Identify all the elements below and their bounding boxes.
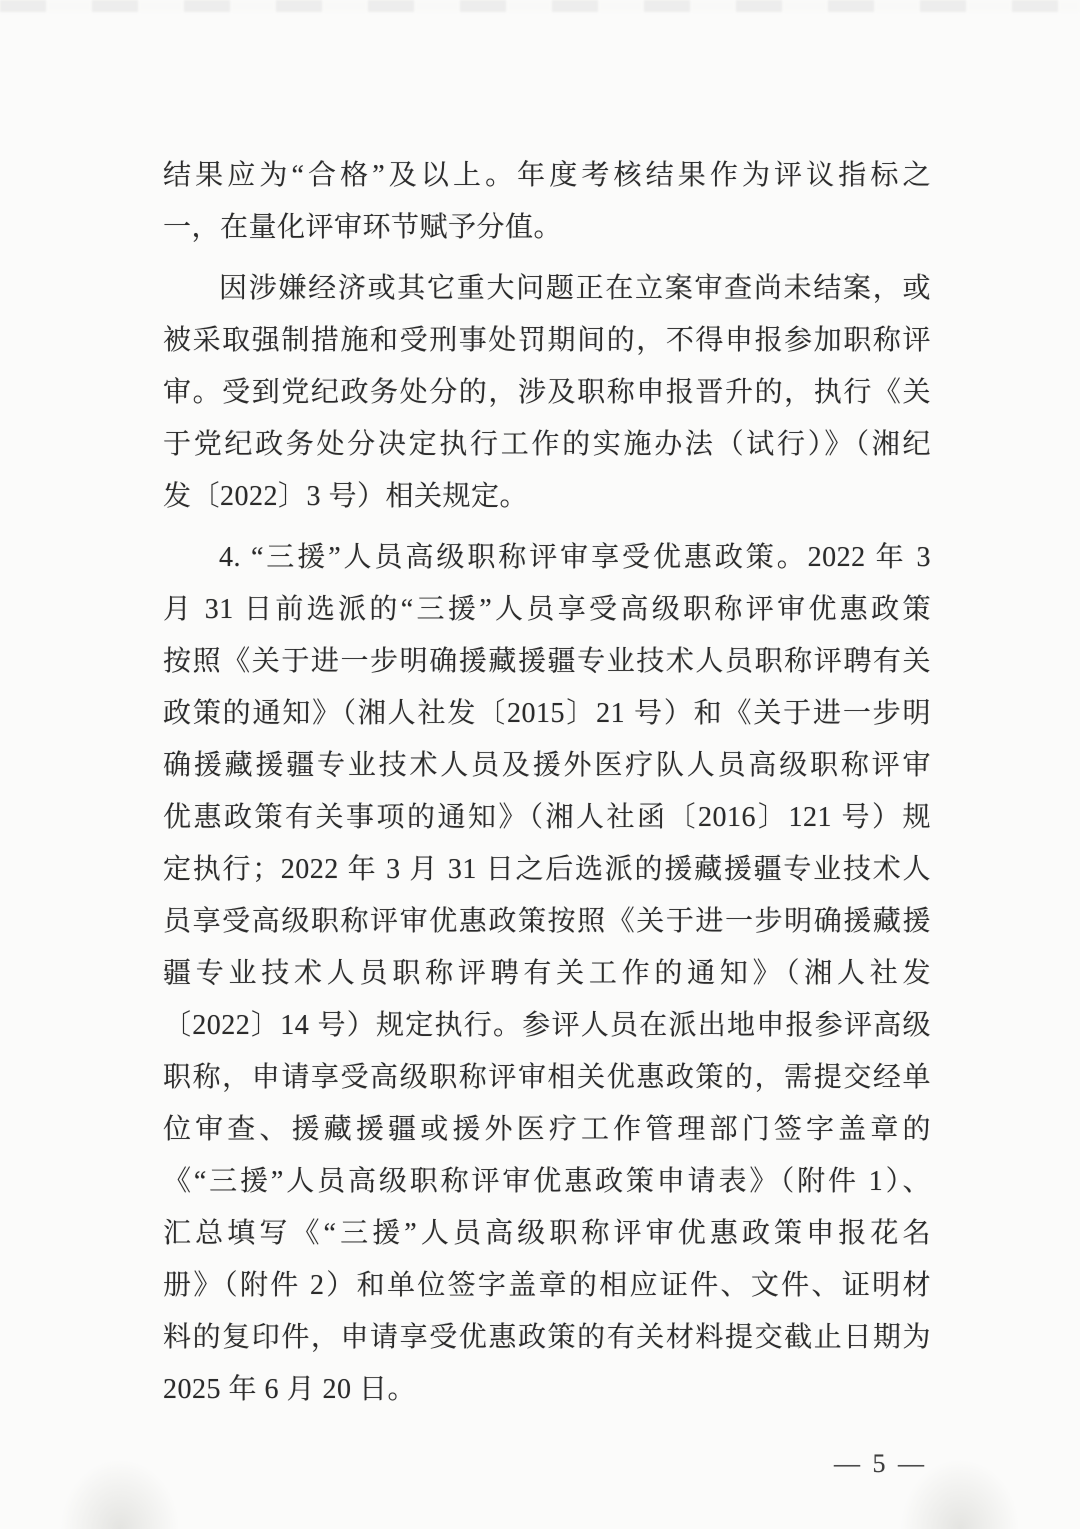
scan-smudge-artifact bbox=[60, 1459, 180, 1529]
text-line: 政策的通知》（湘人社发〔2015〕21 号）和《关于进一步明 bbox=[163, 688, 931, 740]
text-line: 2025 年 6 月 20 日。 bbox=[163, 1364, 931, 1416]
scan-smudge-artifact bbox=[900, 1459, 1020, 1529]
paragraph-1: 结果应为“合格”及以上。年度考核结果作为评议指标之 一，在量化评审环节赋予分值。 bbox=[163, 150, 931, 254]
text-line: 月 31 日前选派的“三援”人员享受高级职称评审优惠政策 bbox=[163, 584, 931, 636]
text-line: 优惠政策有关事项的通知》（湘人社函〔2016〕121 号）规 bbox=[163, 792, 931, 844]
document-page: 结果应为“合格”及以上。年度考核结果作为评议指标之 一，在量化评审环节赋予分值。… bbox=[0, 0, 1080, 1529]
scan-edge-artifact bbox=[0, 0, 1080, 12]
text-line: 被采取强制措施和受刑事处罚期间的，不得申报参加职称评 bbox=[163, 315, 931, 367]
text-line: 《“三援”人员高级职称评审优惠政策申请表》（附件 1）、 bbox=[163, 1156, 931, 1208]
text-line: 〔2022〕14 号）规定执行。参评人员在派出地申报参评高级 bbox=[163, 1000, 931, 1052]
text-line: 结果应为“合格”及以上。年度考核结果作为评议指标之 bbox=[163, 150, 931, 202]
text-line: 料的复印件，申请享受优惠政策的有关材料提交截止日期为 bbox=[163, 1312, 931, 1364]
text-line: 一，在量化评审环节赋予分值。 bbox=[163, 202, 931, 254]
text-line: 疆专业技术人员职称评聘有关工作的通知》（湘人社发 bbox=[163, 948, 931, 1000]
document-body: 结果应为“合格”及以上。年度考核结果作为评议指标之 一，在量化评审环节赋予分值。… bbox=[163, 150, 931, 1425]
paragraph-3: 4. “三援”人员高级职称评审享受优惠政策。2022 年 3 月 31 日前选派… bbox=[163, 532, 931, 1416]
paragraph-2: 因涉嫌经济或其它重大问题正在立案审查尚未结案，或 被采取强制措施和受刑事处罚期间… bbox=[163, 263, 931, 523]
text-line: 按照《关于进一步明确援藏援疆专业技术人员职称评聘有关 bbox=[163, 636, 931, 688]
text-line: 审。受到党纪政务处分的，涉及职称申报晋升的，执行《关 bbox=[163, 367, 931, 419]
text-line: 4. “三援”人员高级职称评审享受优惠政策。2022 年 3 bbox=[163, 532, 931, 584]
text-line: 员享受高级职称评审优惠政策按照《关于进一步明确援藏援 bbox=[163, 896, 931, 948]
text-line: 位审查、援藏援疆或援外医疗工作管理部门签字盖章的 bbox=[163, 1104, 931, 1156]
text-line: 定执行；2022 年 3 月 31 日之后选派的援藏援疆专业技术人 bbox=[163, 844, 931, 896]
text-line: 汇总填写《“三援”人员高级职称评审优惠政策申报花名 bbox=[163, 1208, 931, 1260]
text-line: 因涉嫌经济或其它重大问题正在立案审查尚未结案，或 bbox=[163, 263, 931, 315]
text-line: 发〔2022〕3 号）相关规定。 bbox=[163, 471, 931, 523]
text-line: 于党纪政务处分决定执行工作的实施办法（试行）》（湘纪 bbox=[163, 419, 931, 471]
text-line: 职称，申请享受高级职称评审相关优惠政策的，需提交经单 bbox=[163, 1052, 931, 1104]
text-line: 确援藏援疆专业技术人员及援外医疗队人员高级职称评审 bbox=[163, 740, 931, 792]
text-line: 册》（附件 2）和单位签字盖章的相应证件、文件、证明材 bbox=[163, 1260, 931, 1312]
